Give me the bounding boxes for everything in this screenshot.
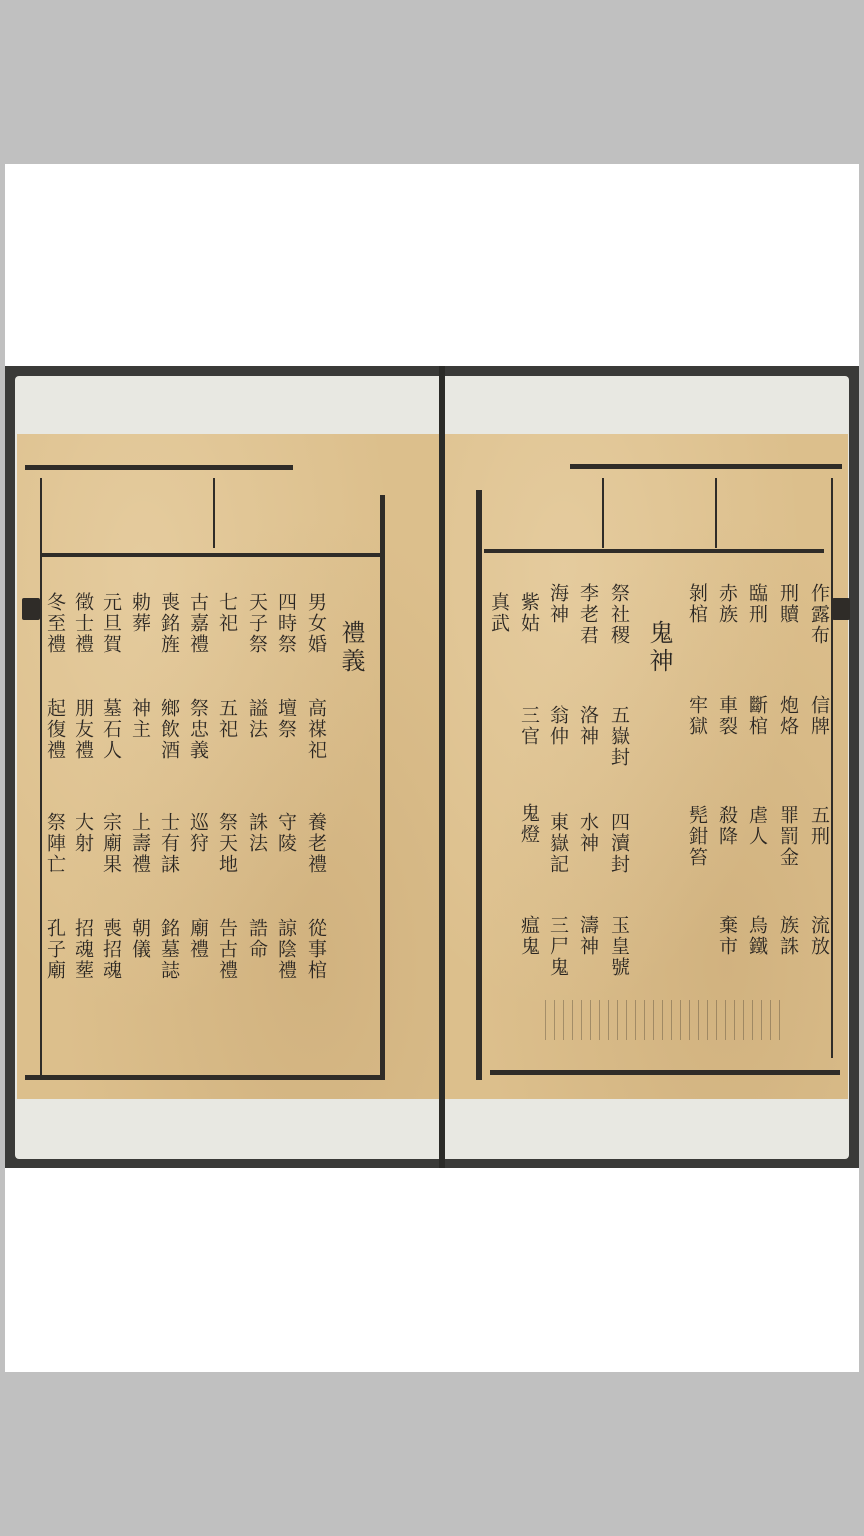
text-entry: 喪銘旌	[158, 592, 180, 655]
left-inner-left-rule	[40, 478, 42, 1078]
text-entry: 廟禮	[187, 918, 209, 960]
text-entry: 炮烙	[777, 695, 799, 737]
text-entry: 祭忠義	[187, 698, 209, 761]
text-entry: 車裂	[716, 695, 738, 737]
text-entry: 真武	[488, 592, 510, 634]
text-entry: 朋友禮	[72, 698, 94, 761]
right-header-bottom-rule	[484, 549, 824, 553]
text-entry: 誅法	[246, 812, 268, 854]
text-entry: 勅葬	[129, 592, 151, 634]
text-entry: 銘墓誌	[158, 918, 180, 981]
text-entry: 三尸鬼	[547, 915, 569, 978]
text-entry: 水神	[577, 812, 599, 854]
text-entry: 斷棺	[746, 695, 768, 737]
text-entry: 古嘉禮	[187, 592, 209, 655]
bleed-through-marks	[545, 1000, 785, 1040]
left-bottom-rule	[25, 1075, 385, 1080]
text-entry: 洛神	[577, 705, 599, 747]
text-entry: 祭天地	[216, 812, 238, 875]
text-entry: 濤神	[577, 915, 599, 957]
text-entry: 大射	[72, 812, 94, 854]
section-heading-spirits: 鬼神	[648, 620, 670, 676]
text-entry: 五嶽封	[608, 705, 630, 768]
text-entry: 孔子廟	[44, 918, 66, 981]
text-entry: 烏鐵	[746, 915, 768, 957]
text-entry: 諒陰禮	[275, 918, 297, 981]
right-top-rule	[570, 464, 842, 469]
text-entry: 罪罰金	[777, 805, 799, 868]
section-heading-rites: 禮義	[340, 620, 362, 676]
left-outer-right-rule	[380, 495, 385, 1080]
left-header-divider	[213, 478, 215, 548]
book-scan-image[interactable]	[5, 366, 859, 1168]
text-entry: 作露布	[808, 583, 830, 646]
text-entry: 上壽禮	[129, 812, 151, 875]
right-header-divider-1	[602, 478, 604, 548]
text-entry: 虐人	[746, 805, 768, 847]
text-entry: 族誅	[777, 915, 799, 957]
text-entry: 巡狩	[187, 812, 209, 854]
book-spine	[439, 366, 445, 1168]
text-entry: 五刑	[808, 805, 830, 847]
text-entry: 四瀆封	[608, 812, 630, 875]
text-entry: 赤族	[716, 583, 738, 625]
text-entry: 招魂塟	[72, 918, 94, 981]
text-entry: 祭社稷	[608, 583, 630, 646]
text-entry: 李老君	[577, 583, 599, 646]
text-entry: 鬼燈	[518, 803, 540, 845]
left-page-paper	[17, 434, 440, 1099]
text-entry: 臨刑	[746, 583, 768, 625]
text-entry: 從事棺	[305, 918, 327, 981]
text-entry: 士有誄	[158, 812, 180, 875]
text-entry: 徵士禮	[72, 592, 94, 655]
text-entry: 五祀	[216, 698, 238, 740]
text-entry: 起復禮	[44, 698, 66, 761]
text-entry: 海神	[547, 583, 569, 625]
text-entry: 喪招魂	[100, 918, 122, 981]
text-entry: 高禖祀	[305, 698, 327, 761]
text-entry: 冬至禮	[44, 592, 66, 655]
text-entry: 墓石人	[100, 698, 122, 761]
text-entry: 祭陣亡	[44, 812, 66, 875]
right-fishtail-mark	[832, 598, 850, 620]
text-entry: 養老禮	[305, 812, 327, 875]
text-entry: 玉皇號	[608, 915, 630, 978]
text-entry: 翁仲	[547, 705, 569, 747]
text-entry: 朝儀	[129, 918, 151, 960]
text-entry: 殺降	[716, 805, 738, 847]
text-entry: 謚法	[246, 698, 268, 740]
text-entry: 東嶽記	[547, 812, 569, 875]
left-fishtail-mark	[22, 598, 40, 620]
text-entry: 瘟鬼	[518, 915, 540, 957]
text-entry: 鄉飲酒	[158, 698, 180, 761]
text-entry: 告古禮	[216, 918, 238, 981]
text-entry: 四時祭	[275, 592, 297, 655]
right-inner-right-rule	[831, 478, 833, 1058]
right-bottom-rule	[490, 1070, 840, 1075]
text-entry: 紫姑	[518, 592, 540, 634]
left-top-rule	[25, 465, 293, 470]
text-entry: 壇祭	[275, 698, 297, 740]
text-entry: 流放	[808, 915, 830, 957]
text-entry: 七祀	[216, 592, 238, 634]
text-entry: 神主	[129, 698, 151, 740]
text-entry: 刑贖	[777, 583, 799, 625]
left-header-bottom-rule	[42, 553, 382, 557]
text-entry: 守陵	[275, 812, 297, 854]
text-entry: 三官	[518, 705, 540, 747]
right-outer-left-rule	[476, 490, 482, 1080]
text-entry: 牢獄	[686, 695, 708, 737]
text-entry: 誥命	[246, 918, 268, 960]
text-entry: 天子祭	[246, 592, 268, 655]
text-entry: 宗廟果	[100, 812, 122, 875]
text-entry: 剝棺	[686, 583, 708, 625]
text-entry: 信牌	[808, 695, 830, 737]
right-header-divider-2	[715, 478, 717, 548]
text-entry: 棄市	[716, 915, 738, 957]
text-entry: 元旦賀	[100, 592, 122, 655]
text-entry: 男女婚	[305, 592, 327, 655]
text-entry: 髡鉗笞	[686, 805, 708, 868]
